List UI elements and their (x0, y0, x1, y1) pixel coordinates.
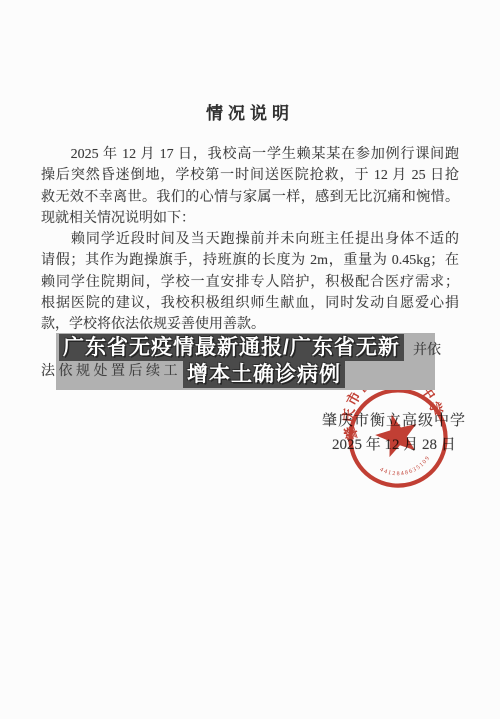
document-line: 赖同学近段时间及当天跑操前并未向班主任提出身体不适的 (41, 229, 459, 250)
document-fragment-right: ，并依 (399, 339, 441, 359)
banner-caption-line-1: 广东省无疫情最新通报/广东省无新 (59, 334, 404, 361)
document-line: 操后突然昏迷倒地，学校第一时间送医院抢救，于 12 月 25 日抢 (41, 165, 459, 186)
banner-caption-line-2: 增本土确诊病例 (183, 361, 345, 388)
document-line: 现就相关情况说明如下： (41, 208, 459, 229)
document-line: 赖同学住院期间，学校一直安排专人陪护，积极配合医疗需求； (41, 272, 459, 293)
page-title: 情况说明 (0, 99, 500, 124)
document-line: 根据医院的建议，我校积极组织师生献血，同时发动自愿爱心捐 (41, 293, 459, 314)
red-star-icon (371, 409, 423, 459)
document-fragment-left: 法依规处置后续工 (41, 360, 181, 380)
document-body: 2025 年 12 月 17 日，我校高一学生赖某某在参加例行课间跑 操后突然昏… (41, 144, 459, 336)
document-line: 2025 年 12 月 17 日，我校高一学生赖某某在参加例行课间跑 (41, 144, 459, 165)
document-line: 请假；其作为跑操旗手，持班旗的长度为 2m，重量为 0.45kg；在 (41, 250, 459, 271)
document-line: 救无效不幸离世。我们的心情与家属一样，感到无比沉痛和惋惜。 (41, 187, 459, 208)
